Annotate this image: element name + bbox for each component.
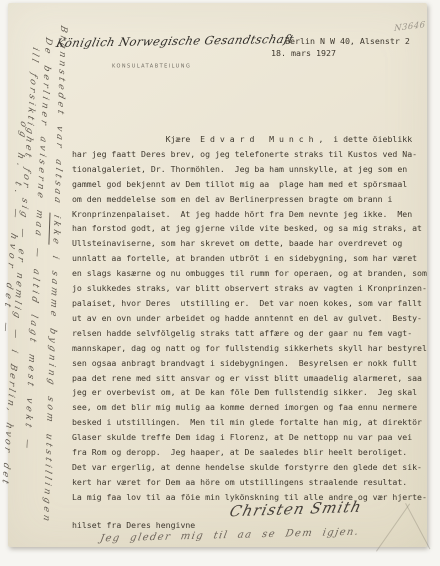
typed-line: unnlatt aa fortelle, at branden utbröt i… [72, 251, 427, 266]
typed-line: ut av en ovn under arbeidet og hadde ann… [72, 311, 427, 326]
typed-line: see, om det blir mig mulig aa komme dern… [72, 400, 427, 415]
letter-body: Kjære E d v a r d M u n c h , i dette öi… [72, 132, 427, 505]
pencil-mark [405, 503, 430, 549]
typed-line: Kjære E d v a r d M u n c h , i dette öi… [72, 132, 427, 147]
letterhead-department: KONSULATABTEILUNG [112, 63, 191, 69]
typed-line: sen ogsaa anbragt brandvagt i sidebygnin… [72, 356, 427, 371]
typed-line: kert har været for Dem aa höre om utstil… [72, 475, 427, 490]
typed-line: besked i utstillingen. Men til min glede… [72, 415, 427, 430]
typed-line: en slags kasærne og nu ombugges til rumm… [72, 266, 427, 281]
archive-number-annotation: N3646 [394, 20, 426, 34]
closing-line: hilset fra Deres hengivne [72, 520, 195, 530]
typed-line: Kronprinzenpalaiset. At jeg hadde hört f… [72, 207, 427, 222]
letterhead-organization: Königlich Norwegische Gesandtschaft [55, 32, 296, 50]
typed-line: paa det rene med sitt ansvar og er visst… [72, 371, 427, 386]
typed-line: fra Rom og deropp. Jeg haaper, at De saa… [72, 445, 427, 460]
typed-line: Ullsteinaviserne, som har skrevet om det… [72, 236, 427, 251]
typed-line: gammel god bekjennt av Dem tillot mig aa… [72, 177, 427, 192]
margin-note-1-emphasis: ikke [48, 213, 61, 248]
letterhead-address: Berlin N W 40, Alsenstr 2 [285, 36, 410, 46]
typed-line: Glaser skulde treffe Dem idag i Florenz,… [72, 430, 427, 445]
typed-line: jeg er overbevist om, at De kan föle Dem… [72, 385, 427, 400]
typed-line: om den meddelelse som en del av Berliner… [72, 192, 427, 207]
margin-note-1-post: i samme bygning som utstillingen [41, 254, 60, 525]
typed-line: tionalgaleriet, Dr. Thormöhlen. Jeg ba h… [72, 162, 427, 177]
typed-line: mannskaper, dag og natt og for fullstend… [72, 341, 427, 356]
letter-date: 18. mars 1927 [271, 48, 336, 58]
typed-line: Det var ergerlig, at denne hendelse skul… [72, 460, 427, 475]
letter-page: Königlich Norwegische Gesandtschaft KONS… [8, 3, 427, 547]
typed-line: han forstod godt, at jeg gjerne vilde vi… [72, 221, 427, 236]
typed-line: palaiset, hvor Deres utstilling er. Det … [72, 296, 427, 311]
signature-christen-smith: Christen Smith [228, 498, 364, 521]
typed-line: jo slukkedes straks, var blitt observert… [72, 281, 427, 296]
typed-line: har jeg faatt Deres brev, og jeg telefon… [72, 147, 427, 162]
margin-note-1-pre: Brannstedet var altsaa [52, 24, 68, 207]
pencil-mark [376, 503, 410, 551]
typed-line: relsen hadde selvfölgelig straks tatt af… [72, 326, 427, 341]
